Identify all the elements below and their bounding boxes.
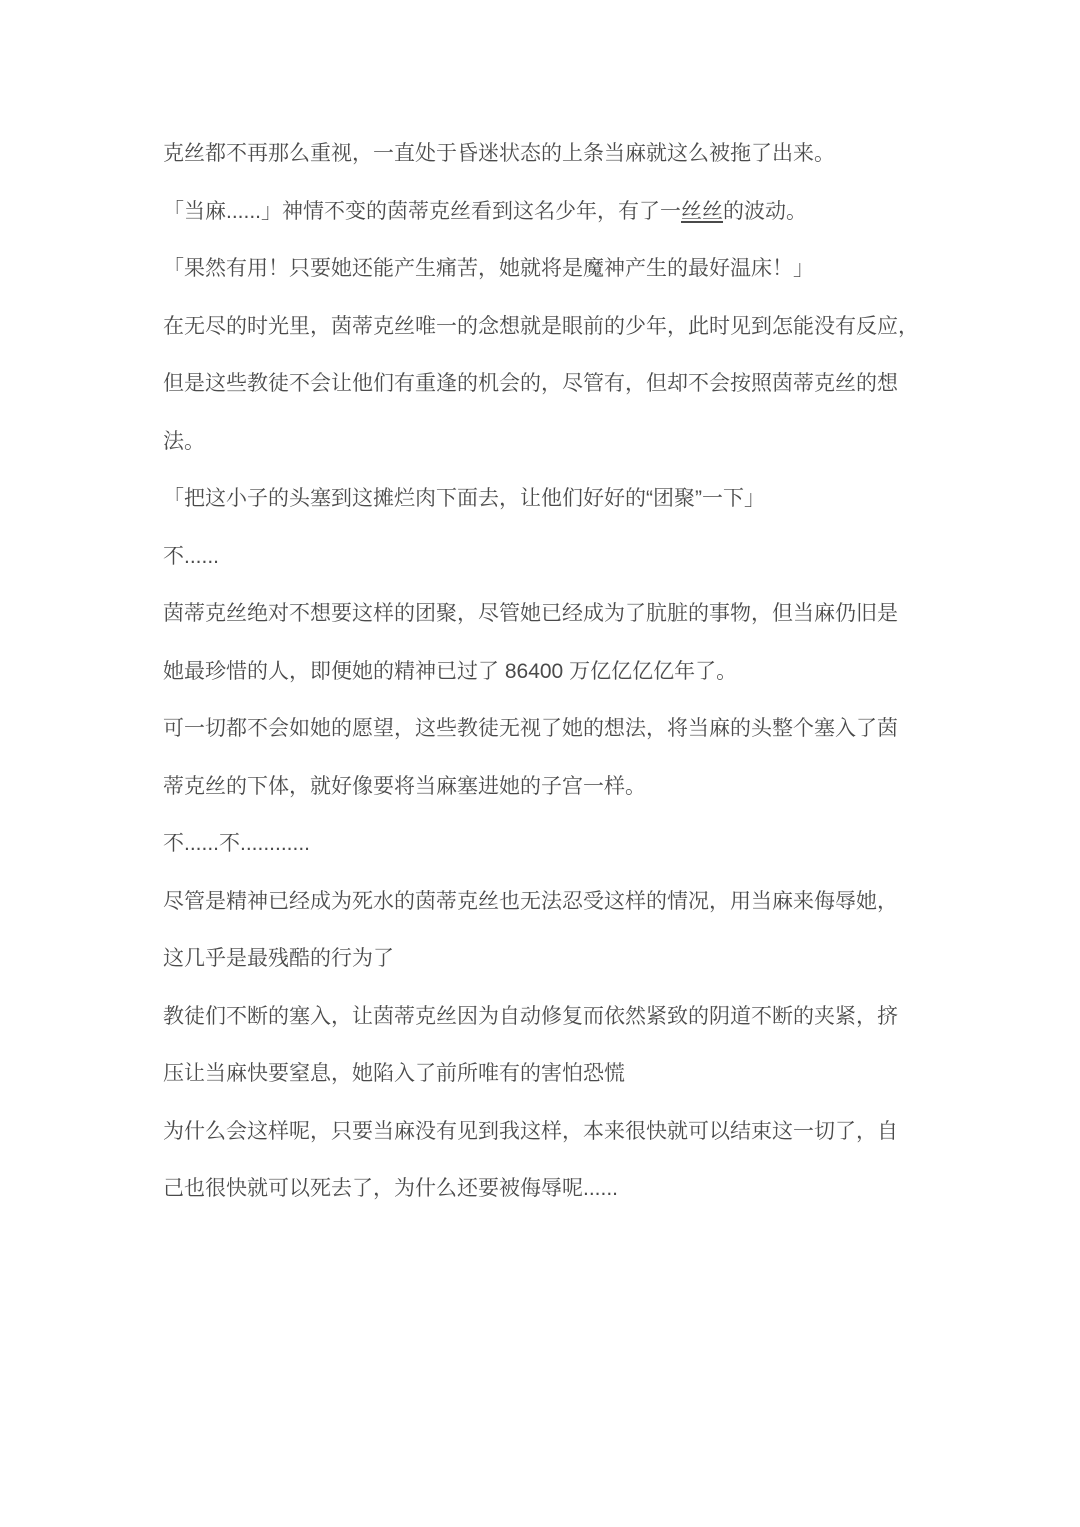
text-line-2-post: 的波动。: [723, 200, 807, 223]
text-line-9: 茵蒂克丝绝对不想要这样的团聚，尽管她已经成为了肮脏的事物，但当麻仍旧是: [163, 585, 963, 643]
text-line-4: 在无尽的时光里，茵蒂克丝唯一的念想就是眼前的少年，此时见到怎能没有反应，: [163, 298, 963, 356]
text-line-8: 不......: [163, 528, 963, 586]
underlined-text: 丝丝: [681, 200, 723, 223]
document-page: 克丝都不再那么重视，一直处于昏迷状态的上条当麻就这么被拖了出来。 「当麻....…: [0, 0, 1080, 1527]
text-line-7: 「把这小子的头塞到这摊烂肉下面去，让他们好好的“团聚”一下」: [163, 470, 963, 528]
text-line-1: 克丝都不再那么重视，一直处于昏迷状态的上条当麻就这么被拖了出来。: [163, 125, 963, 183]
text-line-19: 己也很快就可以死去了，为什么还要被侮辱呢......: [163, 1160, 963, 1218]
text-line-18: 为什么会这样呢，只要当麻没有见到我这样，本来很快就可以结束这一切了，自: [163, 1103, 963, 1161]
text-line-17: 压让当麻快要窒息，她陷入了前所唯有的害怕恐慌: [163, 1045, 963, 1103]
text-line-14: 尽管是精神已经成为死水的茵蒂克丝也无法忍受这样的情况，用当麻来侮辱她，: [163, 873, 963, 931]
text-line-3: 「果然有用！只要她还能产生痛苦，她就将是魔神产生的最好温床！」: [163, 240, 963, 298]
text-line-13: 不......不............: [163, 815, 963, 873]
text-line-16: 教徒们不断的塞入，让茵蒂克丝因为自动修复而依然紧致的阴道不断的夹紧，挤: [163, 988, 963, 1046]
text-line-11: 可一切都不会如她的愿望，这些教徒无视了她的想法，将当麻的头整个塞入了茵: [163, 700, 963, 758]
text-line-6: 法。: [163, 413, 963, 471]
text-block: 克丝都不再那么重视，一直处于昏迷状态的上条当麻就这么被拖了出来。 「当麻....…: [163, 125, 963, 1218]
text-line-15: 这几乎是最残酷的行为了: [163, 930, 963, 988]
text-line-2: 「当麻......」神情不变的茵蒂克丝看到这名少年，有了一丝丝的波动。: [163, 183, 963, 241]
text-line-10: 她最珍惜的人，即便她的精神已过了 86400 万亿亿亿亿年了。: [163, 643, 963, 701]
text-line-12: 蒂克丝的下体，就好像要将当麻塞进她的子宫一样。: [163, 758, 963, 816]
text-line-2-pre: 「当麻......」神情不变的茵蒂克丝看到这名少年，有了一: [163, 200, 681, 223]
text-line-5: 但是这些教徒不会让他们有重逢的机会的，尽管有，但却不会按照茵蒂克丝的想: [163, 355, 963, 413]
